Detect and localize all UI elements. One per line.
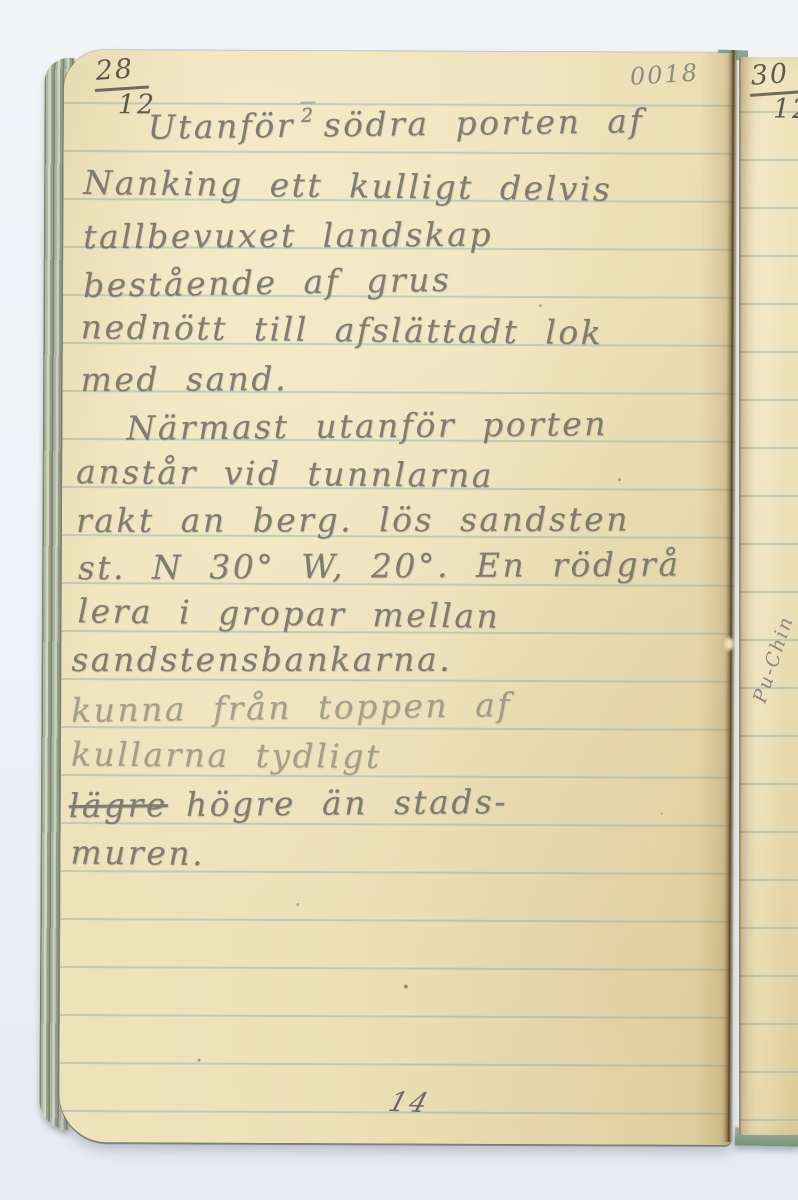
margin-note: Pu-Chin	[749, 613, 798, 706]
superscript-mark: 2	[301, 102, 316, 127]
handwriting-line: anstår vid tunnlarna	[76, 455, 494, 492]
gutter-notch	[723, 636, 735, 652]
date-month: 12	[773, 96, 798, 124]
handwriting-line: nednött till afslättadt lok	[81, 310, 604, 349]
handwriting-line: st. N 30° W, 20°. En rödgrå	[78, 548, 681, 585]
handwriting-line: lägrehögre än stads-	[69, 785, 509, 822]
paper-speck	[404, 984, 408, 988]
struck-word: lägre	[69, 785, 169, 825]
right-page: 30 12 Pu-Chin	[739, 57, 798, 1135]
date-day: 28	[93, 55, 149, 93]
handwriting-line: kunna från toppen af	[71, 688, 512, 727]
page-number: 14	[385, 1087, 434, 1120]
handwriting-line: Närmast utanför porten	[126, 407, 608, 445]
handwriting-line: tallbevuxet landskap	[83, 218, 493, 254]
paper-speck	[539, 304, 542, 307]
scan-code: 0018	[629, 58, 700, 90]
handwriting-line: muren.	[70, 836, 205, 870]
handwriting-line: kullarna tydligt	[71, 737, 382, 772]
handwriting-line: Nanking ett kulligt delvis	[83, 166, 612, 206]
handwriting-line: lera i gropar mellan	[77, 594, 500, 633]
handwriting-line: bestående af grus	[83, 263, 452, 302]
date-right: 30 12	[749, 61, 798, 125]
handwriting-line: sandstensbankarna.	[71, 643, 452, 676]
handwriting-line: med sand.	[80, 362, 288, 396]
paper-speck	[198, 1059, 201, 1062]
handwriting-line: Utanför2södra porten af	[147, 104, 644, 143]
left-page: 28 12 0018 Utanför2södra porten af Nanki…	[59, 50, 736, 1145]
notebook-scan: 28 12 0018 Utanför2södra porten af Nanki…	[0, 0, 798, 1200]
paper-speck	[296, 903, 299, 906]
handwriting-line: rakt an berg. lös sandsten	[76, 503, 630, 537]
paper-speck	[661, 813, 663, 815]
date-day: 30	[748, 59, 798, 97]
paper-speck	[618, 478, 621, 481]
